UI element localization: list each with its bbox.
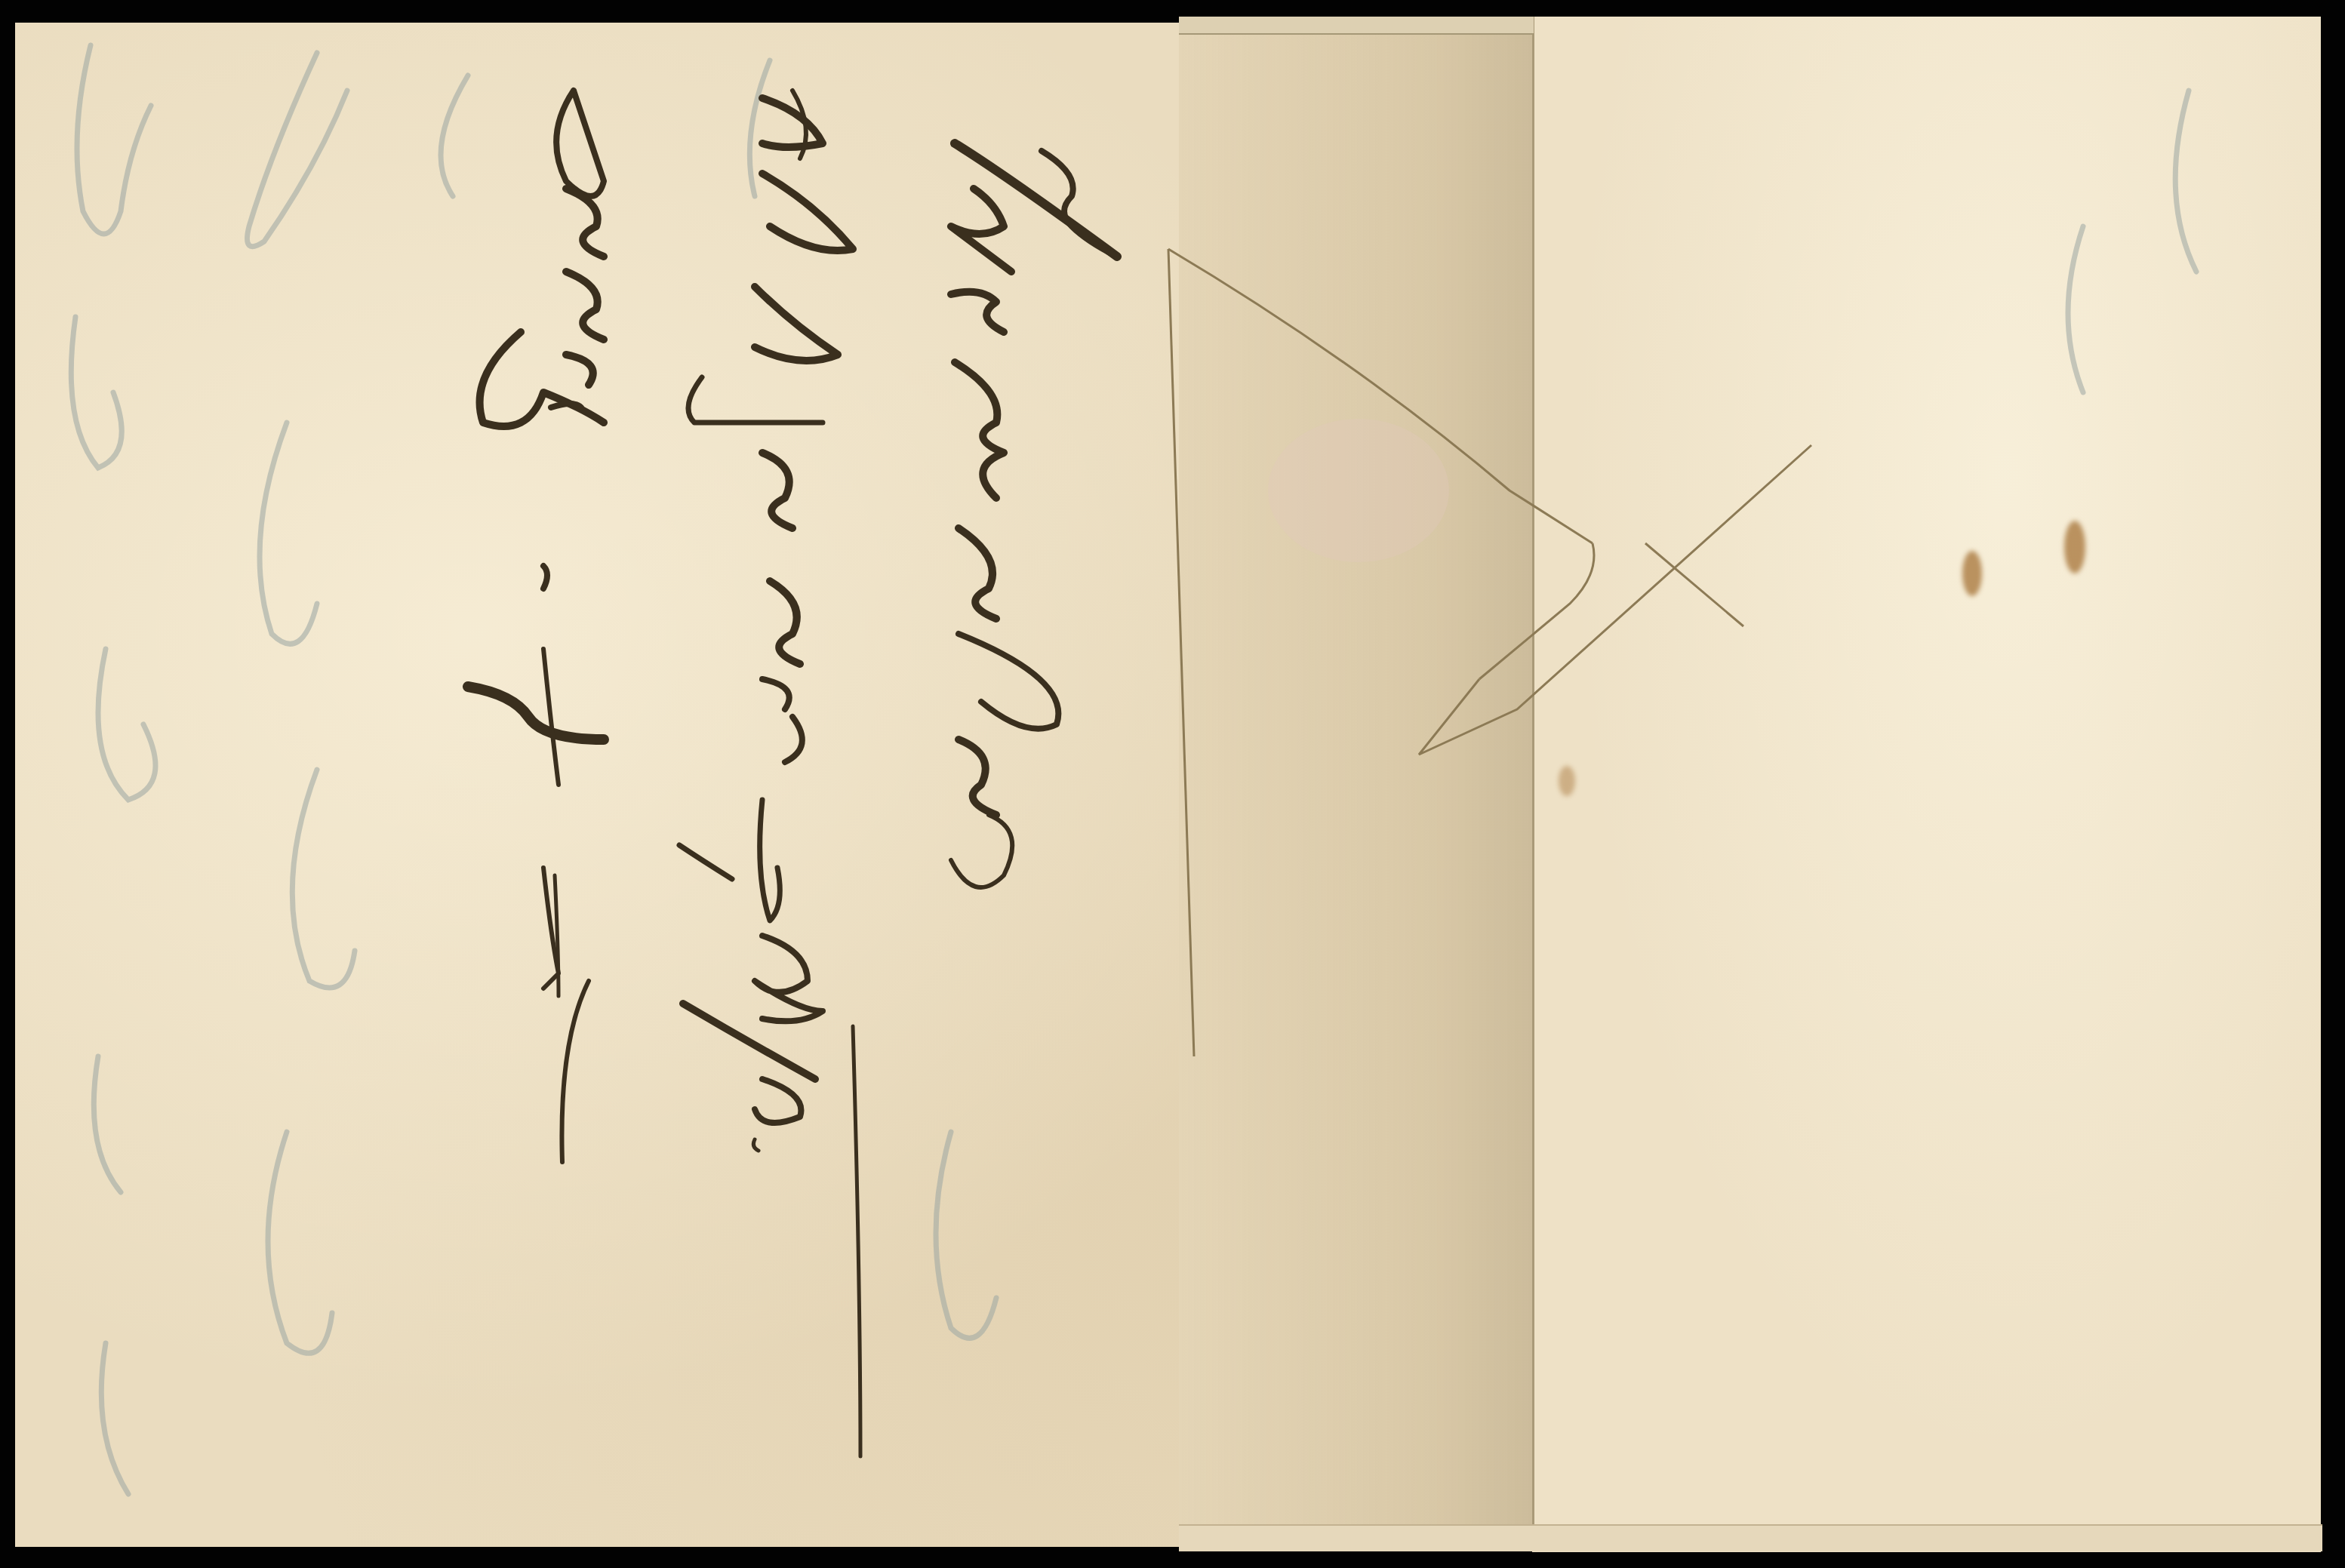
seal-flap-outline: [1168, 249, 1811, 1056]
docket-handwriting: [468, 91, 1117, 1456]
letter-drawing: [0, 0, 2345, 1568]
bleed-through-writing: [71, 45, 2196, 1494]
wax-seal-impression: [1268, 419, 1449, 562]
letter-scan: Zeugmacher Empfang am 22. 839 1 Courts 2…: [0, 0, 2345, 1568]
